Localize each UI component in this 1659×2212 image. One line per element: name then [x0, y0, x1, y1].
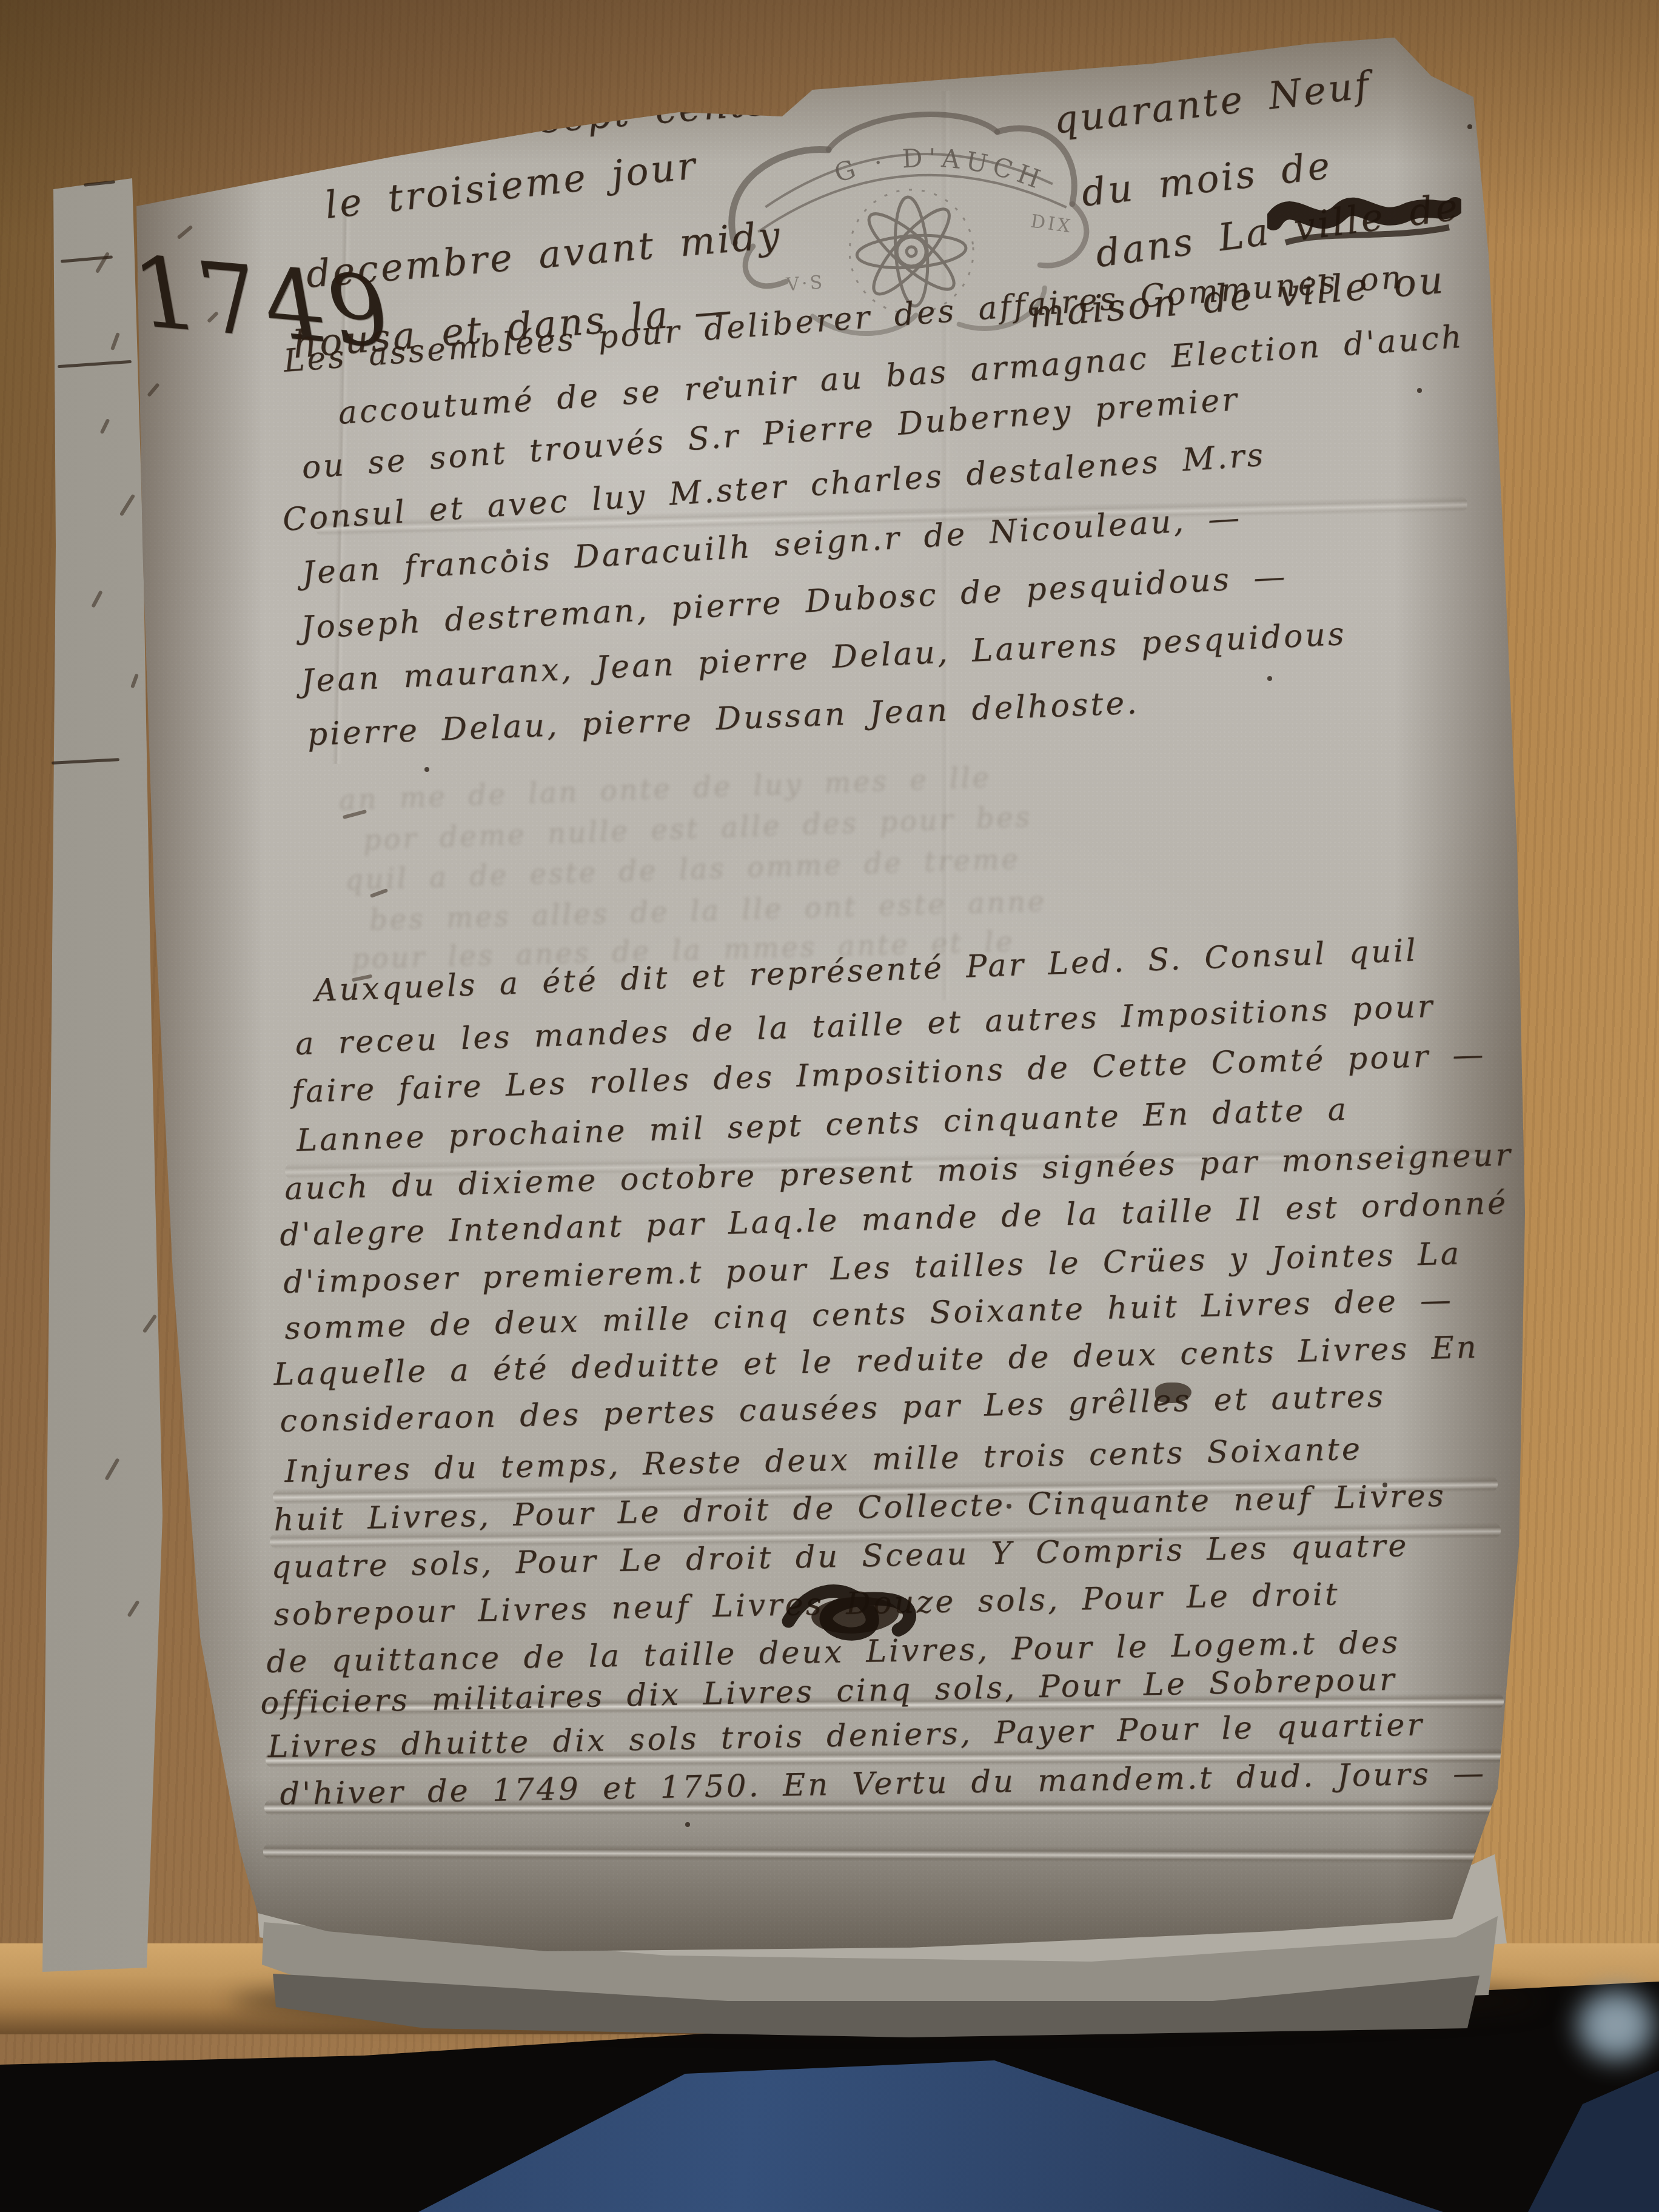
ink-speck	[719, 376, 723, 381]
ink-blot-header	[1267, 179, 1461, 258]
ink-speck	[1467, 124, 1472, 129]
ink-speck	[685, 1822, 690, 1827]
stamp-left-mark: V·S	[785, 272, 825, 295]
stamp-banner-text: G · D'AUCH	[830, 134, 1051, 210]
ink-speck	[506, 549, 511, 554]
ink-speck	[1267, 676, 1272, 681]
stamp-right-mark: DIX	[1030, 210, 1074, 237]
ink-speck	[1382, 1483, 1387, 1487]
ink-blot-douze	[774, 1570, 930, 1657]
manuscript-page: G · D'AUCH V·S DIX 1749 L'an mil sept ce…	[0, 0, 1659, 2212]
light-blue-blur	[1577, 1989, 1655, 2062]
svg-text:G · D'AUCH: G · D'AUCH	[830, 134, 1051, 210]
ink-speck	[424, 767, 429, 772]
ink-speck	[388, 1358, 393, 1363]
ink-speck	[1007, 1504, 1011, 1509]
photo-of-manuscript: G · D'AUCH V·S DIX 1749 L'an mil sept ce…	[0, 0, 1659, 2212]
ink-speck	[907, 594, 911, 599]
ink-speck	[1417, 388, 1422, 393]
